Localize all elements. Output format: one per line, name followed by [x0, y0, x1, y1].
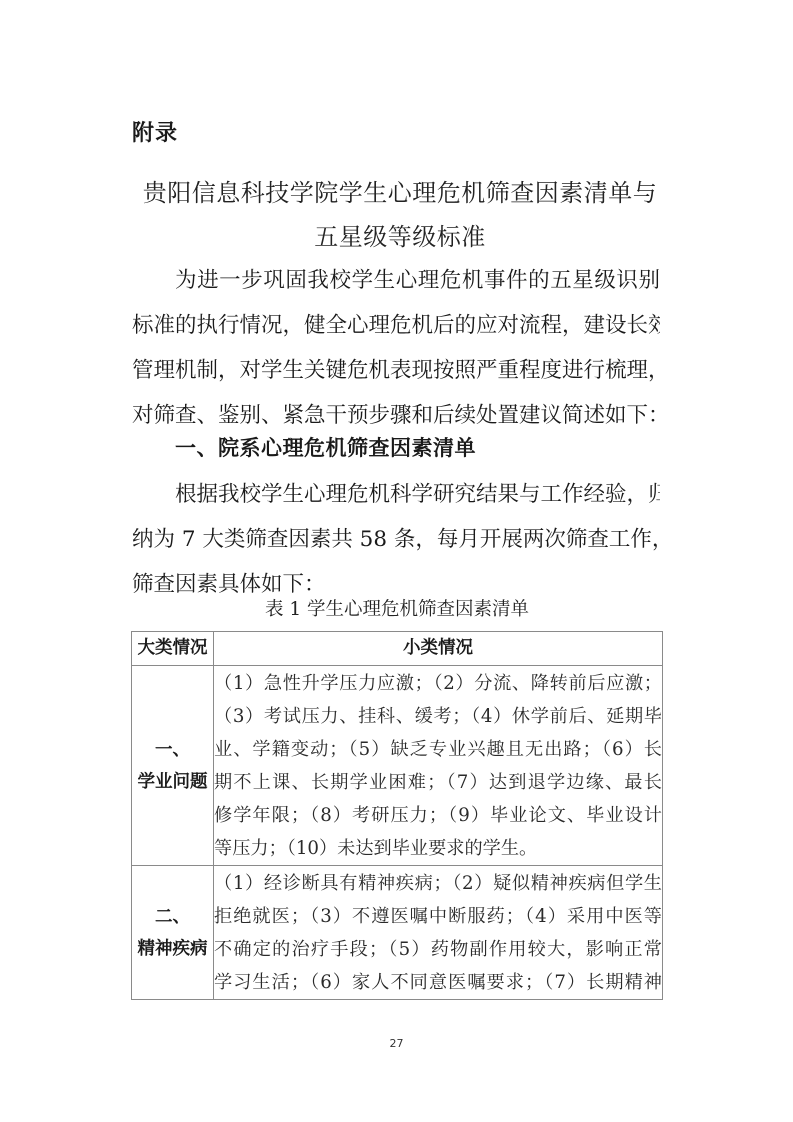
screening-factors-table: 大类情况 小类情况 一、 学业问题 （1）急性升学压力应激；（2）分流、降转前后… — [131, 631, 663, 1000]
table-row: 一、 学业问题 （1）急性升学压力应激；（2）分流、降转前后应激； （3）考试压… — [132, 666, 663, 866]
subcategory-cell: （1）急性升学压力应激；（2）分流、降转前后应激； （3）考试压力、挂科、缓考；… — [214, 666, 663, 866]
paragraph-line: 为进一步巩固我校学生心理危机事件的五星级识别 — [132, 258, 660, 303]
category-cell: 二、 精神疾病 — [132, 866, 214, 1000]
intro-paragraph: 为进一步巩固我校学生心理危机事件的五星级识别 标准的执行情况，健全心理危机后的应… — [132, 258, 660, 438]
subcategory-line: （3）考试压力、挂科、缓考；（4）休学前后、延期毕 — [214, 700, 662, 733]
table-row: 二、 精神疾病 （1）经诊断具有精神疾病；（2）疑似精神疾病但学生 拒绝就医；（… — [132, 866, 663, 1000]
category-cell: 一、 学业问题 — [132, 666, 214, 866]
section-heading: 一、院系心理危机筛查因素清单 — [175, 430, 476, 466]
subcategory-line: 等压力；（10）未达到毕业要求的学生。 — [214, 832, 662, 865]
header-subcategory: 小类情况 — [214, 632, 663, 666]
paragraph-line: 管理机制，对学生关键危机表现按照严重程度进行梳理， — [132, 348, 660, 393]
document-title-line-2: 五星级等级标准 — [120, 217, 680, 257]
subcategory-line: （1）急性升学压力应激；（2）分流、降转前后应激； — [214, 667, 662, 700]
subcategory-line: （1）经诊断具有精神疾病；（2）疑似精神疾病但学生 — [214, 867, 662, 900]
subcategory-cell: （1）经诊断具有精神疾病；（2）疑似精神疾病但学生 拒绝就医；（3）不遵医嘱中断… — [214, 866, 663, 1000]
table-header-row: 大类情况 小类情况 — [132, 632, 663, 666]
subcategory-line: 业、学籍变动；（5）缺乏专业兴趣且无出路；（6）长 — [214, 733, 662, 766]
page-number: 27 — [0, 1037, 793, 1050]
subcategory-line: 学习生活；（6）家人不同意医嘱要求；（7）长期精神 — [214, 966, 662, 999]
paragraph-line: 根据我校学生心理危机科学研究结果与工作经验，归 — [132, 472, 660, 517]
header-category: 大类情况 — [132, 632, 214, 666]
appendix-label: 附录 — [132, 117, 178, 151]
subcategory-line: 拒绝就医；（3）不遵医嘱中断服药；（4）采用中医等 — [214, 900, 662, 933]
table-caption: 表 1 学生心理危机筛查因素清单 — [132, 597, 662, 623]
category-name: 精神疾病 — [132, 933, 213, 965]
paragraph-line: 标准的执行情况，健全心理危机后的应对流程，建设长效 — [132, 303, 660, 348]
subcategory-line: 不确定的治疗手段；（5）药物副作用较大，影响正常 — [214, 933, 662, 966]
section-paragraph: 根据我校学生心理危机科学研究结果与工作经验，归 纳为 7 大类筛查因素共 58 … — [132, 472, 660, 607]
category-number: 二、 — [132, 901, 213, 933]
category-name: 学业问题 — [132, 766, 213, 798]
document-title-line-1: 贵阳信息科技学院学生心理危机筛查因素清单与 — [120, 173, 680, 213]
subcategory-line: 修学年限；（8）考研压力；（9）毕业论文、毕业设计 — [214, 799, 662, 832]
subcategory-line: 期不上课、长期学业困难；（7）达到退学边缘、最长 — [214, 766, 662, 799]
category-number: 一、 — [132, 734, 213, 766]
paragraph-line: 纳为 7 大类筛查因素共 58 条，每月开展两次筛查工作， — [132, 517, 660, 562]
